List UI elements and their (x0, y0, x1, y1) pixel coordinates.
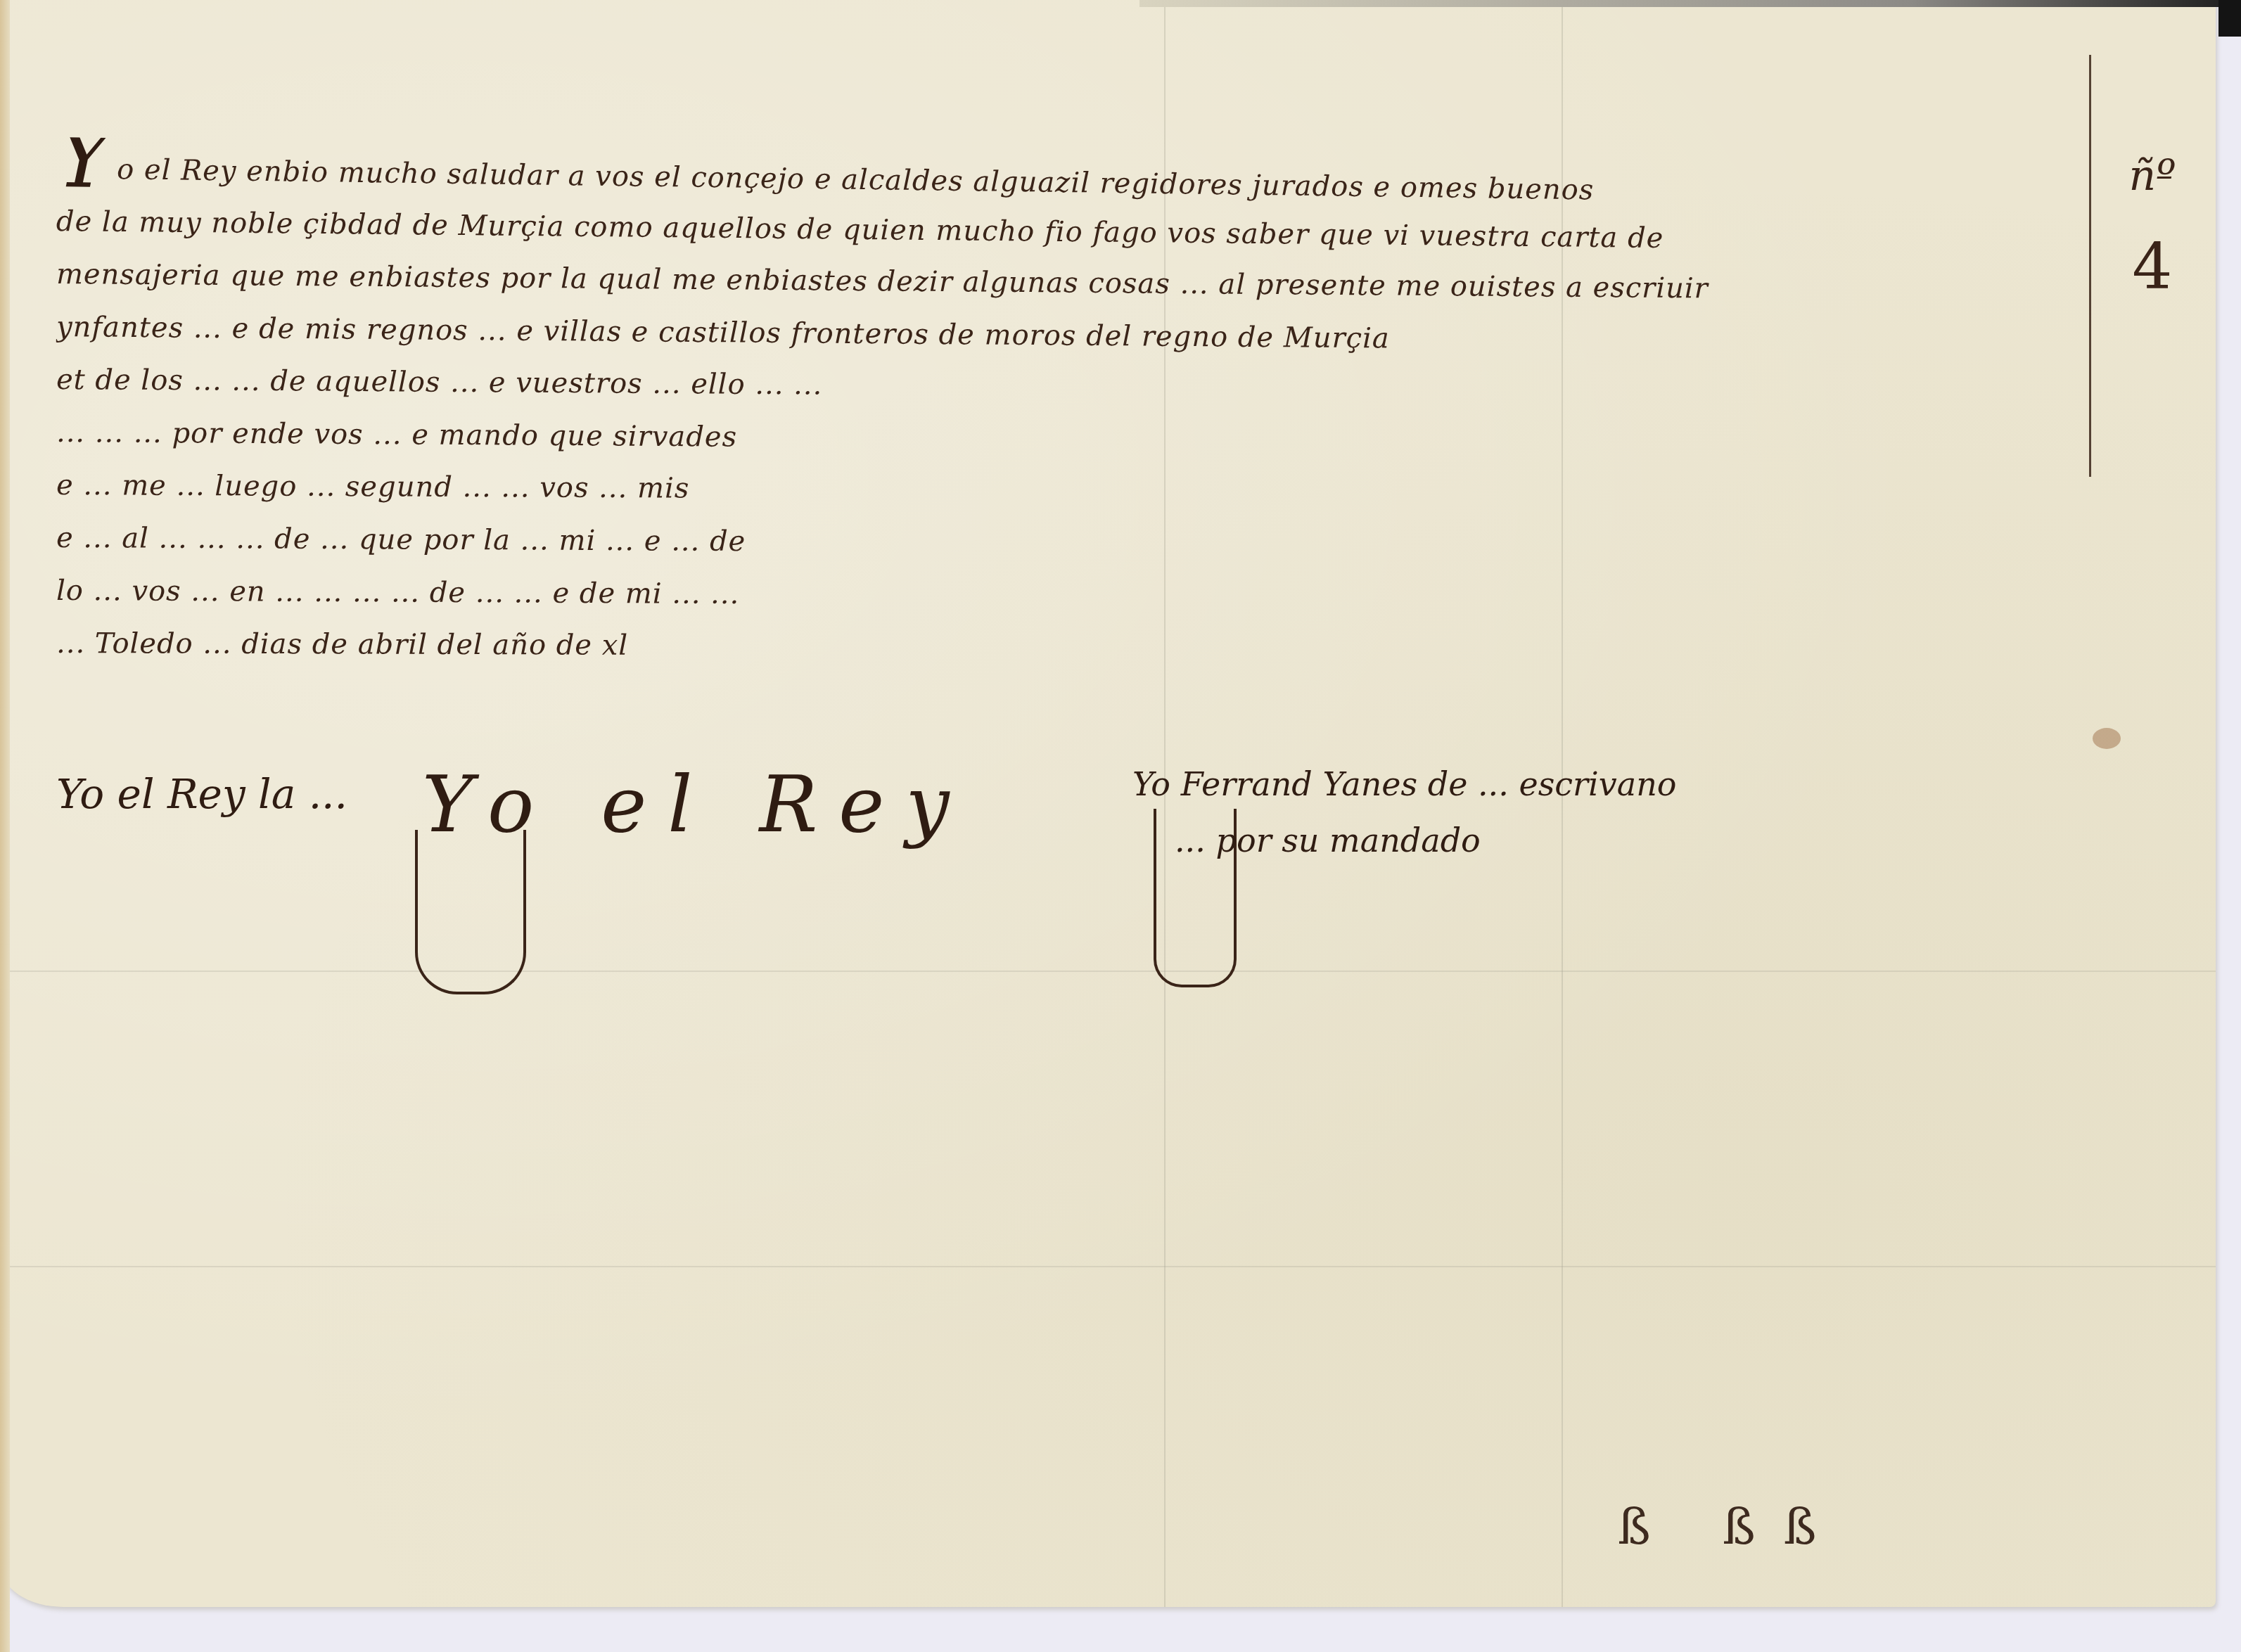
scribe-subscription: Yo Ferrand Yanes de ... escrivano ... po… (1132, 756, 1677, 869)
signature-text: Yo el Rey la ... (56, 770, 347, 818)
binding-edge (0, 0, 10, 1652)
fold-line (0, 971, 2216, 972)
fold-line (0, 1266, 2216, 1267)
scan-edge (1139, 0, 2241, 7)
scribe-line: Yo Ferrand Yanes de ... escrivano (1132, 756, 1677, 812)
scan-corner (2218, 0, 2241, 37)
ink-stain (2093, 728, 2121, 749)
line-text: ... ... ... por ende vos ... e mando que… (56, 416, 737, 454)
line-text: ynfantes ... e de mis regnos ... e villa… (56, 311, 1390, 355)
text-line: ... Toledo ... dias de abril del año de … (56, 617, 2096, 677)
line-text: e ... al ... ... ... de ... que por la .… (56, 522, 746, 558)
line-text: e ... me ... luego ... segund ... ... vo… (56, 469, 690, 505)
line-text: mensajeria que me enbiastes por la qual … (56, 258, 1709, 305)
paraph-text: ß ßß (1618, 1498, 1845, 1556)
margin-note-text: ñº (2129, 151, 2176, 200)
line-text: de la muy noble çibdad de Murçia como aq… (56, 205, 1664, 255)
line-text: lo ... vos ... en ... ... ... ... de ...… (56, 575, 740, 610)
paraph-mark: ß ßß (1618, 1498, 1845, 1556)
manuscript-leaf: Yo el Rey enbio mucho saludar a vos el c… (0, 0, 2216, 1607)
margin-number: 4 (2117, 243, 2188, 292)
royal-signature-left: Yo el Rey la ... (56, 770, 347, 818)
signature-flourish (415, 830, 526, 994)
line-text: ... Toledo ... dias de abril del año de … (56, 627, 628, 662)
scan-background: Yo el Rey enbio mucho saludar a vos el c… (0, 0, 2241, 1652)
scribe-line: ... por su mandado (1132, 812, 1677, 869)
margin-note: ñº 4 (2117, 151, 2188, 292)
line-text: et de los ... ... de aquellos ... e vues… (56, 364, 823, 402)
letter-body: Yo el Rey enbio mucho saludar a vos el c… (56, 137, 2096, 670)
